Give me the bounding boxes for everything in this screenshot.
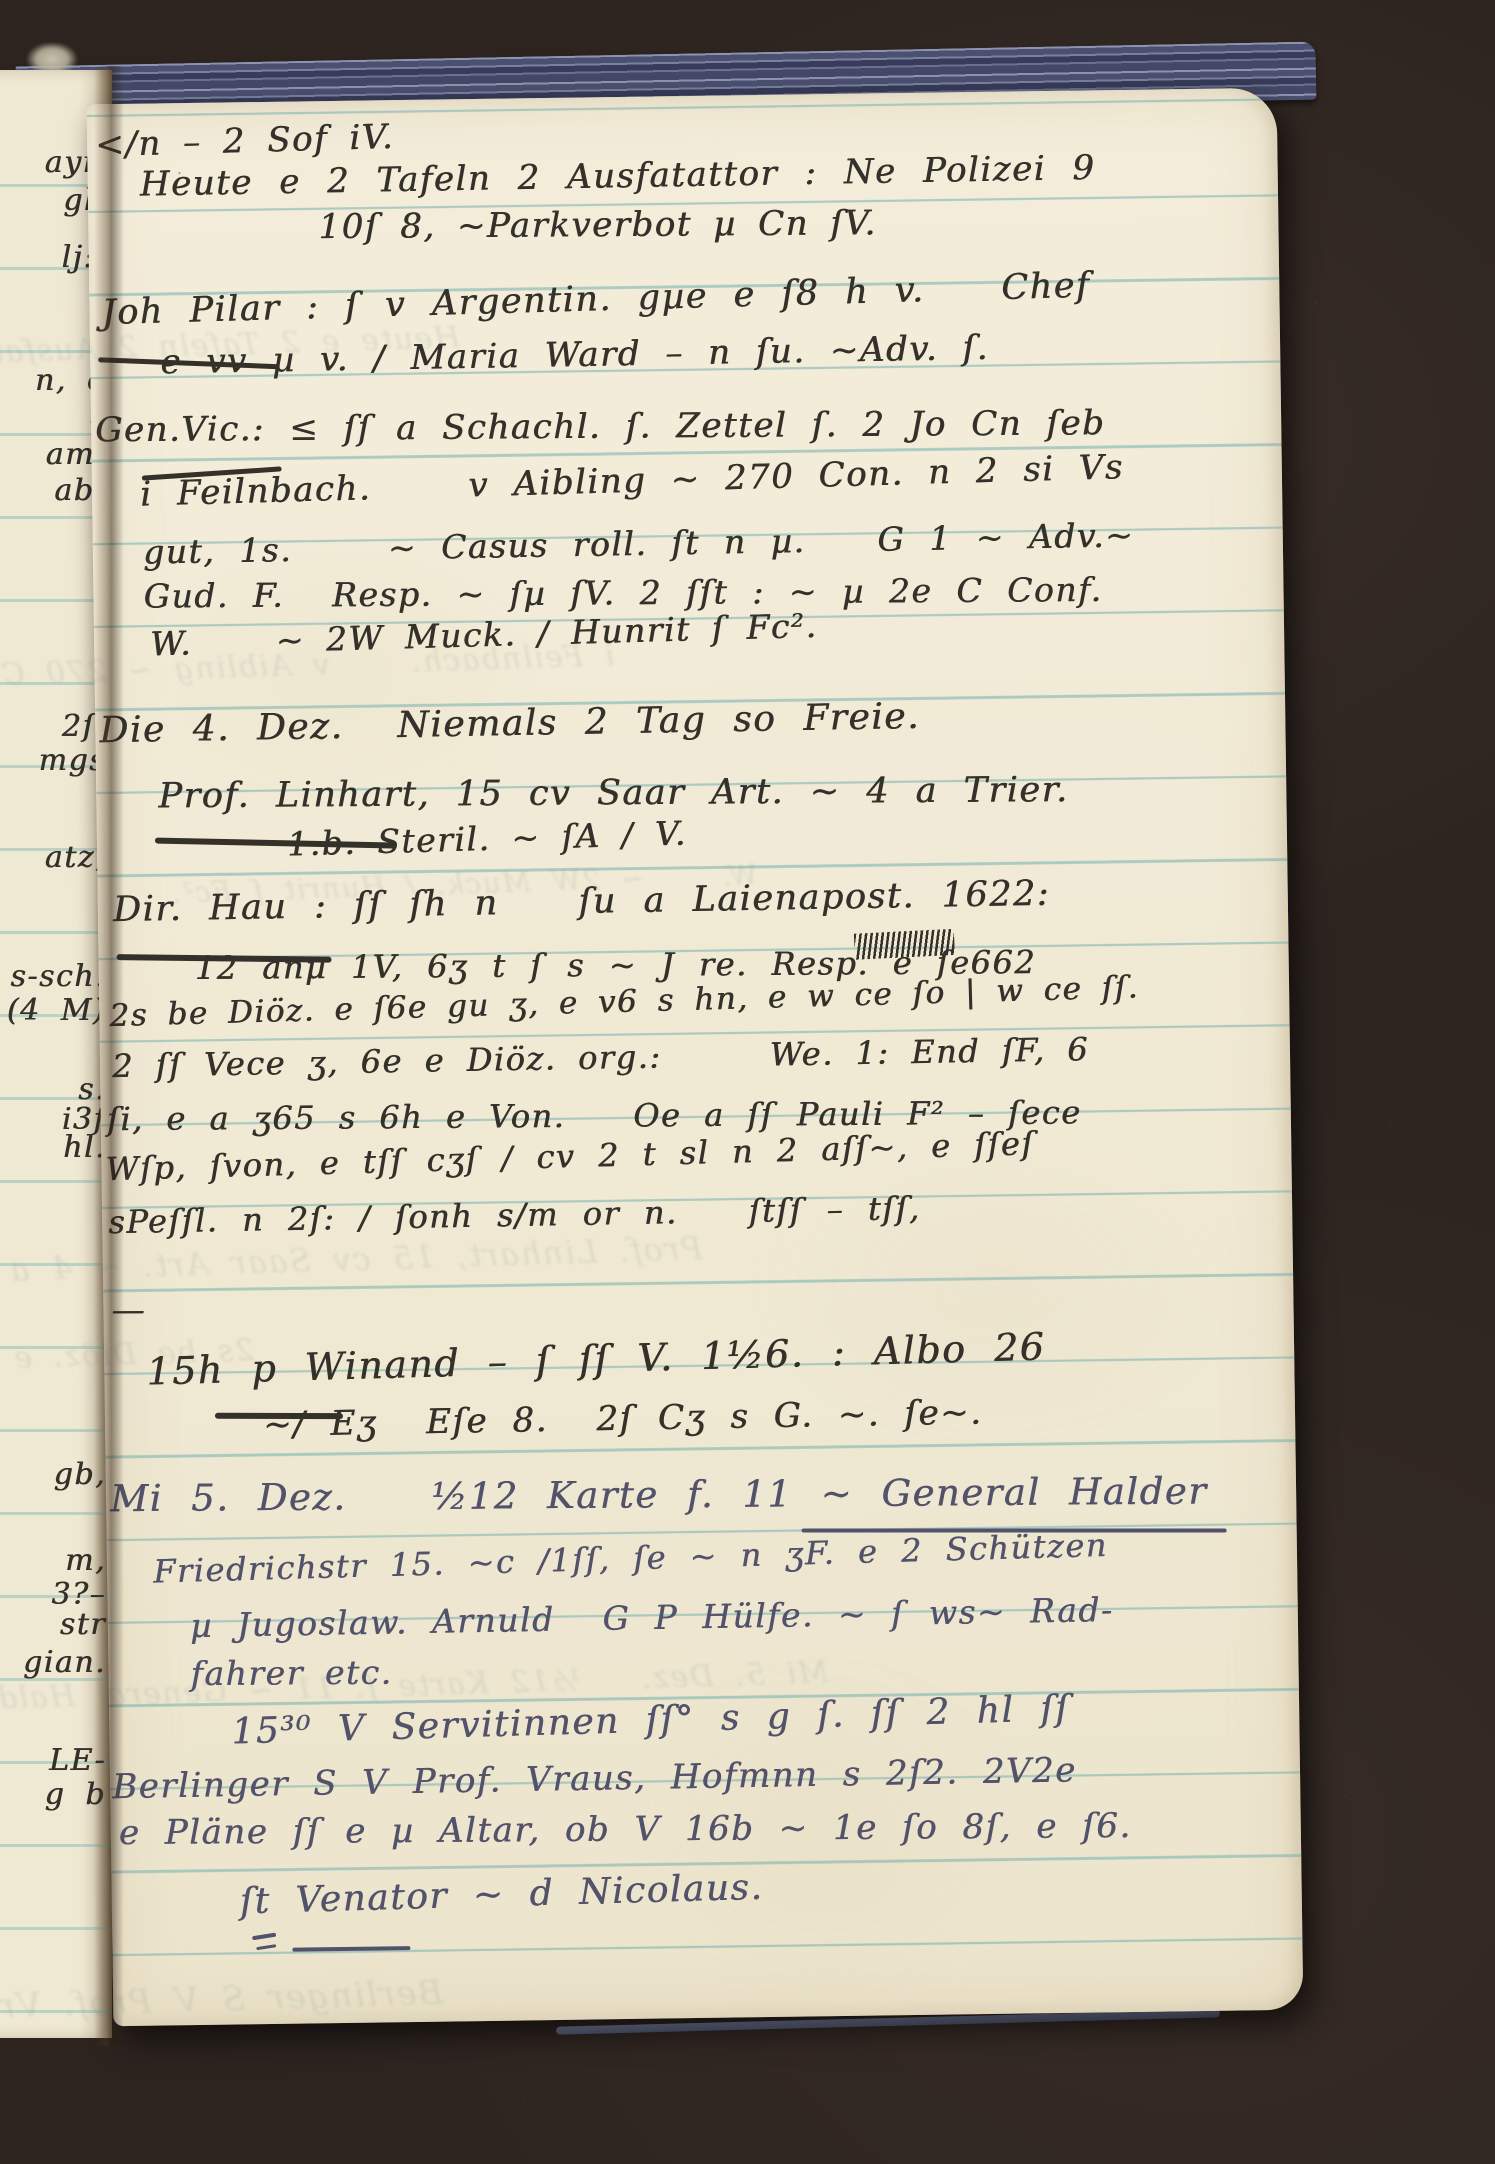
handwritten-line: Berlinger S V Prof. Vraus, Hofmnn s 2ſ2.…	[112, 1753, 1077, 1804]
handwriting-layer: </n – 2 Sof iV.Heute e 2 Tafeln 2 Ausfat…	[87, 88, 1304, 2026]
handwritten-line: ſt Venator ~ d Nicolaus.	[239, 1870, 764, 1921]
facing-page-fragment: gb,	[54, 1460, 106, 1490]
handwritten-line: Die 4. Dez. Niemals 2 Tag so Freie.	[99, 699, 920, 749]
handwritten-line: </n – 2 Sof iV.	[95, 120, 395, 162]
notebook-page: Heute e 2 Tafeln 2 Ausfatattor : Ne Poli…	[87, 88, 1304, 2026]
handwritten-line: i Feilnbach. v Aibling ~ 270 Con. n 2 si…	[140, 450, 1124, 511]
facing-page-fragment: 3?–	[51, 1580, 106, 1610]
ink-underline-mark	[215, 1413, 343, 1419]
handwritten-line: gut, 1s. ~ Casus roll. ſt n µ. G 1 ~ Adv…	[143, 518, 1135, 568]
facing-page-fragment: str	[60, 1610, 106, 1640]
facing-page-fragment: s-sch.	[10, 962, 106, 992]
handwritten-line: fahrer etc.	[190, 1656, 392, 1690]
handwritten-line: 2 ſſ Vece ʒ, 6e e Diöz. org.: We. 1: End…	[112, 1033, 1089, 1082]
facing-page-fragment: LE-	[49, 1746, 106, 1776]
handwritten-line: 10ſ 8, ~Parkverbot µ Cn ſV.	[318, 206, 877, 244]
handwritten-line: e Pläne ſſ e µ Altar, ob V 16b ~ 1e ſo 8…	[119, 1809, 1132, 1850]
handwritten-line: W. ~ 2W Muck. / Hunrit ſ Fc².	[150, 609, 818, 661]
handwritten-line: sPeſſl. n 2ſ: / ſonh s/m or n. ſtſſ – tſ…	[108, 1192, 921, 1238]
handwritten-line: µ Jugoslaw. Arnuld G P Hülfe. ~ ſ ws~ Ra…	[190, 1593, 1114, 1642]
handwritten-line: e vv µ v. / Maria Ward – n ſu. ~Adv. ſ.	[160, 331, 989, 379]
handwritten-line: 15h p Winand – ſ ſſ V. 1½6. : Albo 26	[146, 1328, 1046, 1391]
facing-page-fragment: gian.	[23, 1648, 106, 1678]
handwritten-line: 1.b. Steril. ~ ſA / V.	[287, 817, 687, 861]
ink-underline-mark	[802, 1529, 1227, 1533]
handwritten-line: ~/ Eʒ Eſe 8. 2ſ Cʒ s G. ~. ſe~.	[263, 1396, 983, 1443]
handwritten-line: Gud. F. Resp. ~ ſµ ſV. 2 ſſt : ~ µ 2e C …	[143, 573, 1102, 613]
handwritten-line: —	[111, 1293, 146, 1326]
ink-scribble-mark	[854, 929, 955, 960]
handwritten-line: Prof. Linhart, 15 cv Saar Art. ~ 4 a Tri…	[158, 773, 1068, 814]
handwritten-line: Friedrichstr 15. ~c /1ſſ, ſe ~ n ʒF. e 2…	[153, 1529, 1108, 1588]
ink-underline-mark	[117, 954, 332, 963]
ink-underline-mark	[252, 1933, 276, 1941]
facing-page-fragment: hl.	[63, 1133, 106, 1163]
handwritten-line: 15³⁰ V Servitinnen ſſ° s g ſ. ſſ 2 hl ſſ	[231, 1691, 1070, 1750]
facing-page-fragment: (4 M)	[7, 996, 106, 1026]
facing-page-fragment: g b	[45, 1780, 106, 1810]
ink-underline-mark	[292, 1946, 410, 1952]
facing-page-fragment: m,	[65, 1546, 106, 1576]
handwritten-line: Mi 5. Dez. ½12 Karte f. 11 ~ General Hal…	[110, 1473, 1207, 1518]
ink-underline-mark	[256, 1944, 276, 1950]
handwritten-line: Gen.Vic.: ≤ ſſ a Schachl. ſ. Zettel ſ. 2…	[95, 406, 1105, 447]
handwritten-line: Joh Pilar : ſ v Argentin. gµe e ſ8 h v. …	[101, 269, 1091, 332]
photographed-notebook-scene: –ayr.gl,lj:.ſn, e–am,ab:2ſ.mgsatz,s-sch.…	[0, 0, 1495, 2164]
handwritten-line: Dir. Hau : ſſ ſh n ſu a Laienapost. 1622…	[113, 877, 1051, 928]
